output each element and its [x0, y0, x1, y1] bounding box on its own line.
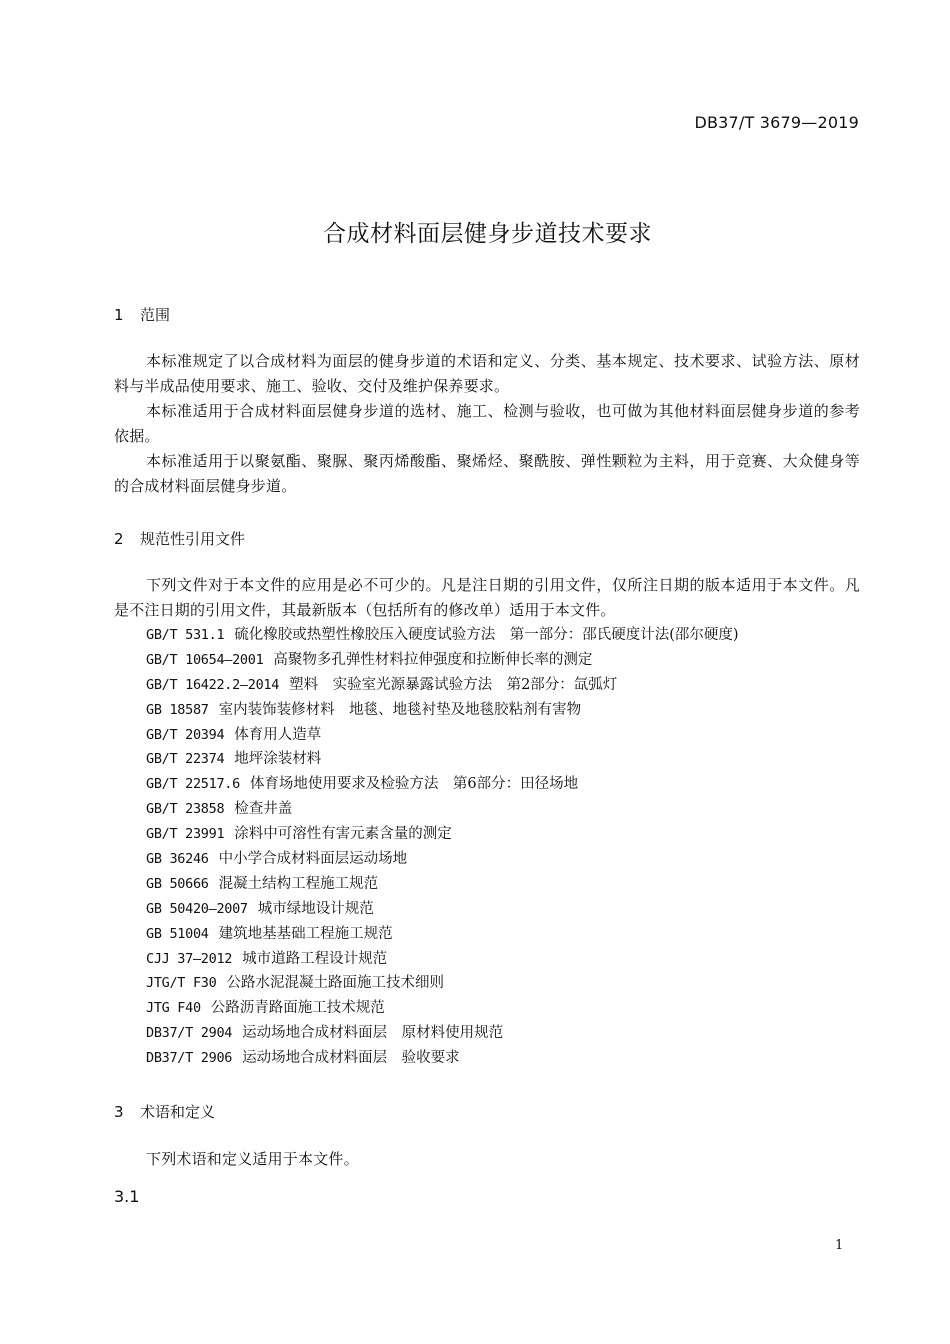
reference-code: GB/T 22374 — [146, 751, 224, 767]
reference-item: GB/T 23991涂料中可溶性有害元素含量的测定 — [146, 822, 739, 847]
scope-paragraph-3: 本标准适用于以聚氨酯、聚脲、聚丙烯酸酯、聚烯烃、聚酰胺、弹性颗粒为主料，用于竞赛… — [114, 449, 860, 499]
reference-code: CJJ 37—2012 — [146, 951, 232, 967]
reference-title: 高聚物多孔弹性材料拉伸强度和拉断伸长率的测定 — [273, 652, 592, 668]
reference-title: 城市绿地设计规范 — [258, 901, 374, 917]
normative-references-intro: 下列文件对于本文件的应用是必不可少的。凡是注日期的引用文件，仅所注日期的版本适用… — [114, 573, 860, 623]
reference-item: GB 51004建筑地基基础工程施工规范 — [146, 922, 739, 947]
reference-title: 塑料 实验室光源暴露试验方法 第2部分：氙弧灯 — [289, 677, 617, 693]
reference-item: GB/T 23858检查井盖 — [146, 797, 739, 822]
reference-code: GB 18587 — [146, 702, 209, 718]
reference-item: DB37/T 2904运动场地合成材料面层 原材料使用规范 — [146, 1021, 739, 1046]
reference-title: 室内装饰装修材料 地毯、地毯衬垫及地毯胶粘剂有害物 — [219, 702, 582, 718]
reference-title: 检查井盖 — [234, 801, 292, 817]
section-title: 范围 — [140, 306, 170, 324]
reference-title: 建筑地基基础工程施工规范 — [219, 926, 393, 942]
reference-title: 公路沥青路面施工技术规范 — [211, 1000, 385, 1016]
section-title: 术语和定义 — [140, 1103, 215, 1121]
reference-title: 体育用人造草 — [234, 727, 321, 743]
section-2-heading: 2规范性引用文件 — [114, 528, 245, 549]
reference-title: 中小学合成材料面层运动场地 — [219, 851, 408, 867]
reference-item: GB/T 531.1硫化橡胶或热塑性橡胶压入硬度试验方法 第一部分：邵氏硬度计法… — [146, 623, 739, 648]
reference-item: JTG/T F30公路水泥混凝土路面施工技术细则 — [146, 971, 739, 996]
section-number: 3 — [114, 1103, 140, 1121]
reference-code: JTG F40 — [146, 1000, 201, 1016]
document-title: 合成材料面层健身步道技术要求 — [0, 215, 950, 248]
scope-paragraph-2: 本标准适用于合成材料面层健身步道的选材、施工、检测与验收，也可做为其他材料面层健… — [114, 399, 860, 449]
reference-item: GB/T 16422.2—2014塑料 实验室光源暴露试验方法 第2部分：氙弧灯 — [146, 673, 739, 698]
reference-title: 涂料中可溶性有害元素含量的测定 — [234, 826, 452, 842]
section-number: 1 — [114, 306, 140, 324]
reference-code: JTG/T F30 — [146, 975, 216, 991]
reference-code: GB/T 20394 — [146, 727, 224, 743]
reference-title: 公路水泥混凝土路面施工技术细则 — [226, 975, 444, 991]
reference-item: JTG F40公路沥青路面施工技术规范 — [146, 996, 739, 1021]
reference-code: GB/T 531.1 — [146, 627, 224, 643]
section-number: 2 — [114, 530, 140, 548]
reference-code: GB/T 23858 — [146, 801, 224, 817]
terms-intro: 下列术语和定义适用于本文件。 — [114, 1147, 860, 1172]
reference-item: GB/T 10654—2001高聚物多孔弹性材料拉伸强度和拉断伸长率的测定 — [146, 648, 739, 673]
reference-item: GB/T 22374地坪涂装材料 — [146, 747, 739, 772]
reference-title: 运动场地合成材料面层 原材料使用规范 — [242, 1025, 503, 1041]
reference-title: 混凝土结构工程施工规范 — [219, 876, 379, 892]
reference-title: 城市道路工程设计规范 — [242, 951, 387, 967]
reference-item: GB 50420—2007城市绿地设计规范 — [146, 897, 739, 922]
document-page: DB37/T 3679—2019 合成材料面层健身步道技术要求 1范围 本标准规… — [0, 0, 950, 1344]
reference-title: 硫化橡胶或热塑性橡胶压入硬度试验方法 第一部分：邵氏硬度计法(邵尔硬度) — [234, 627, 738, 643]
reference-item: GB 36246中小学合成材料面层运动场地 — [146, 847, 739, 872]
subsection-3-1-number: 3.1 — [114, 1187, 139, 1206]
section-title: 规范性引用文件 — [140, 530, 245, 548]
reference-code: GB/T 22517.6 — [146, 776, 240, 792]
reference-item: CJJ 37—2012城市道路工程设计规范 — [146, 947, 739, 972]
reference-code: GB/T 23991 — [146, 826, 224, 842]
reference-code: GB 36246 — [146, 851, 209, 867]
reference-code: DB37/T 2906 — [146, 1050, 232, 1066]
section-1-heading: 1范围 — [114, 304, 170, 325]
reference-title: 运动场地合成材料面层 验收要求 — [242, 1050, 460, 1066]
reference-list: GB/T 531.1硫化橡胶或热塑性橡胶压入硬度试验方法 第一部分：邵氏硬度计法… — [146, 623, 739, 1071]
reference-code: GB/T 16422.2—2014 — [146, 677, 279, 693]
reference-code: GB 50420—2007 — [146, 901, 248, 917]
reference-item: GB 18587室内装饰装修材料 地毯、地毯衬垫及地毯胶粘剂有害物 — [146, 698, 739, 723]
reference-code: GB 51004 — [146, 926, 209, 942]
page-number: 1 — [835, 1238, 843, 1253]
section-3-heading: 3术语和定义 — [114, 1101, 215, 1122]
reference-item: GB/T 22517.6体育场地使用要求及检验方法 第6部分：田径场地 — [146, 772, 739, 797]
reference-title: 地坪涂装材料 — [234, 751, 321, 767]
reference-code: GB/T 10654—2001 — [146, 652, 263, 668]
reference-item: DB37/T 2906运动场地合成材料面层 验收要求 — [146, 1046, 739, 1071]
reference-code: DB37/T 2904 — [146, 1025, 232, 1041]
scope-paragraph-1: 本标准规定了以合成材料为面层的健身步道的术语和定义、分类、基本规定、技术要求、试… — [114, 349, 860, 399]
reference-code: GB 50666 — [146, 876, 209, 892]
reference-title: 体育场地使用要求及检验方法 第6部分：田径场地 — [250, 776, 578, 792]
reference-item: GB/T 20394体育用人造草 — [146, 723, 739, 748]
standard-code: DB37/T 3679—2019 — [694, 113, 859, 132]
reference-item: GB 50666混凝土结构工程施工规范 — [146, 872, 739, 897]
